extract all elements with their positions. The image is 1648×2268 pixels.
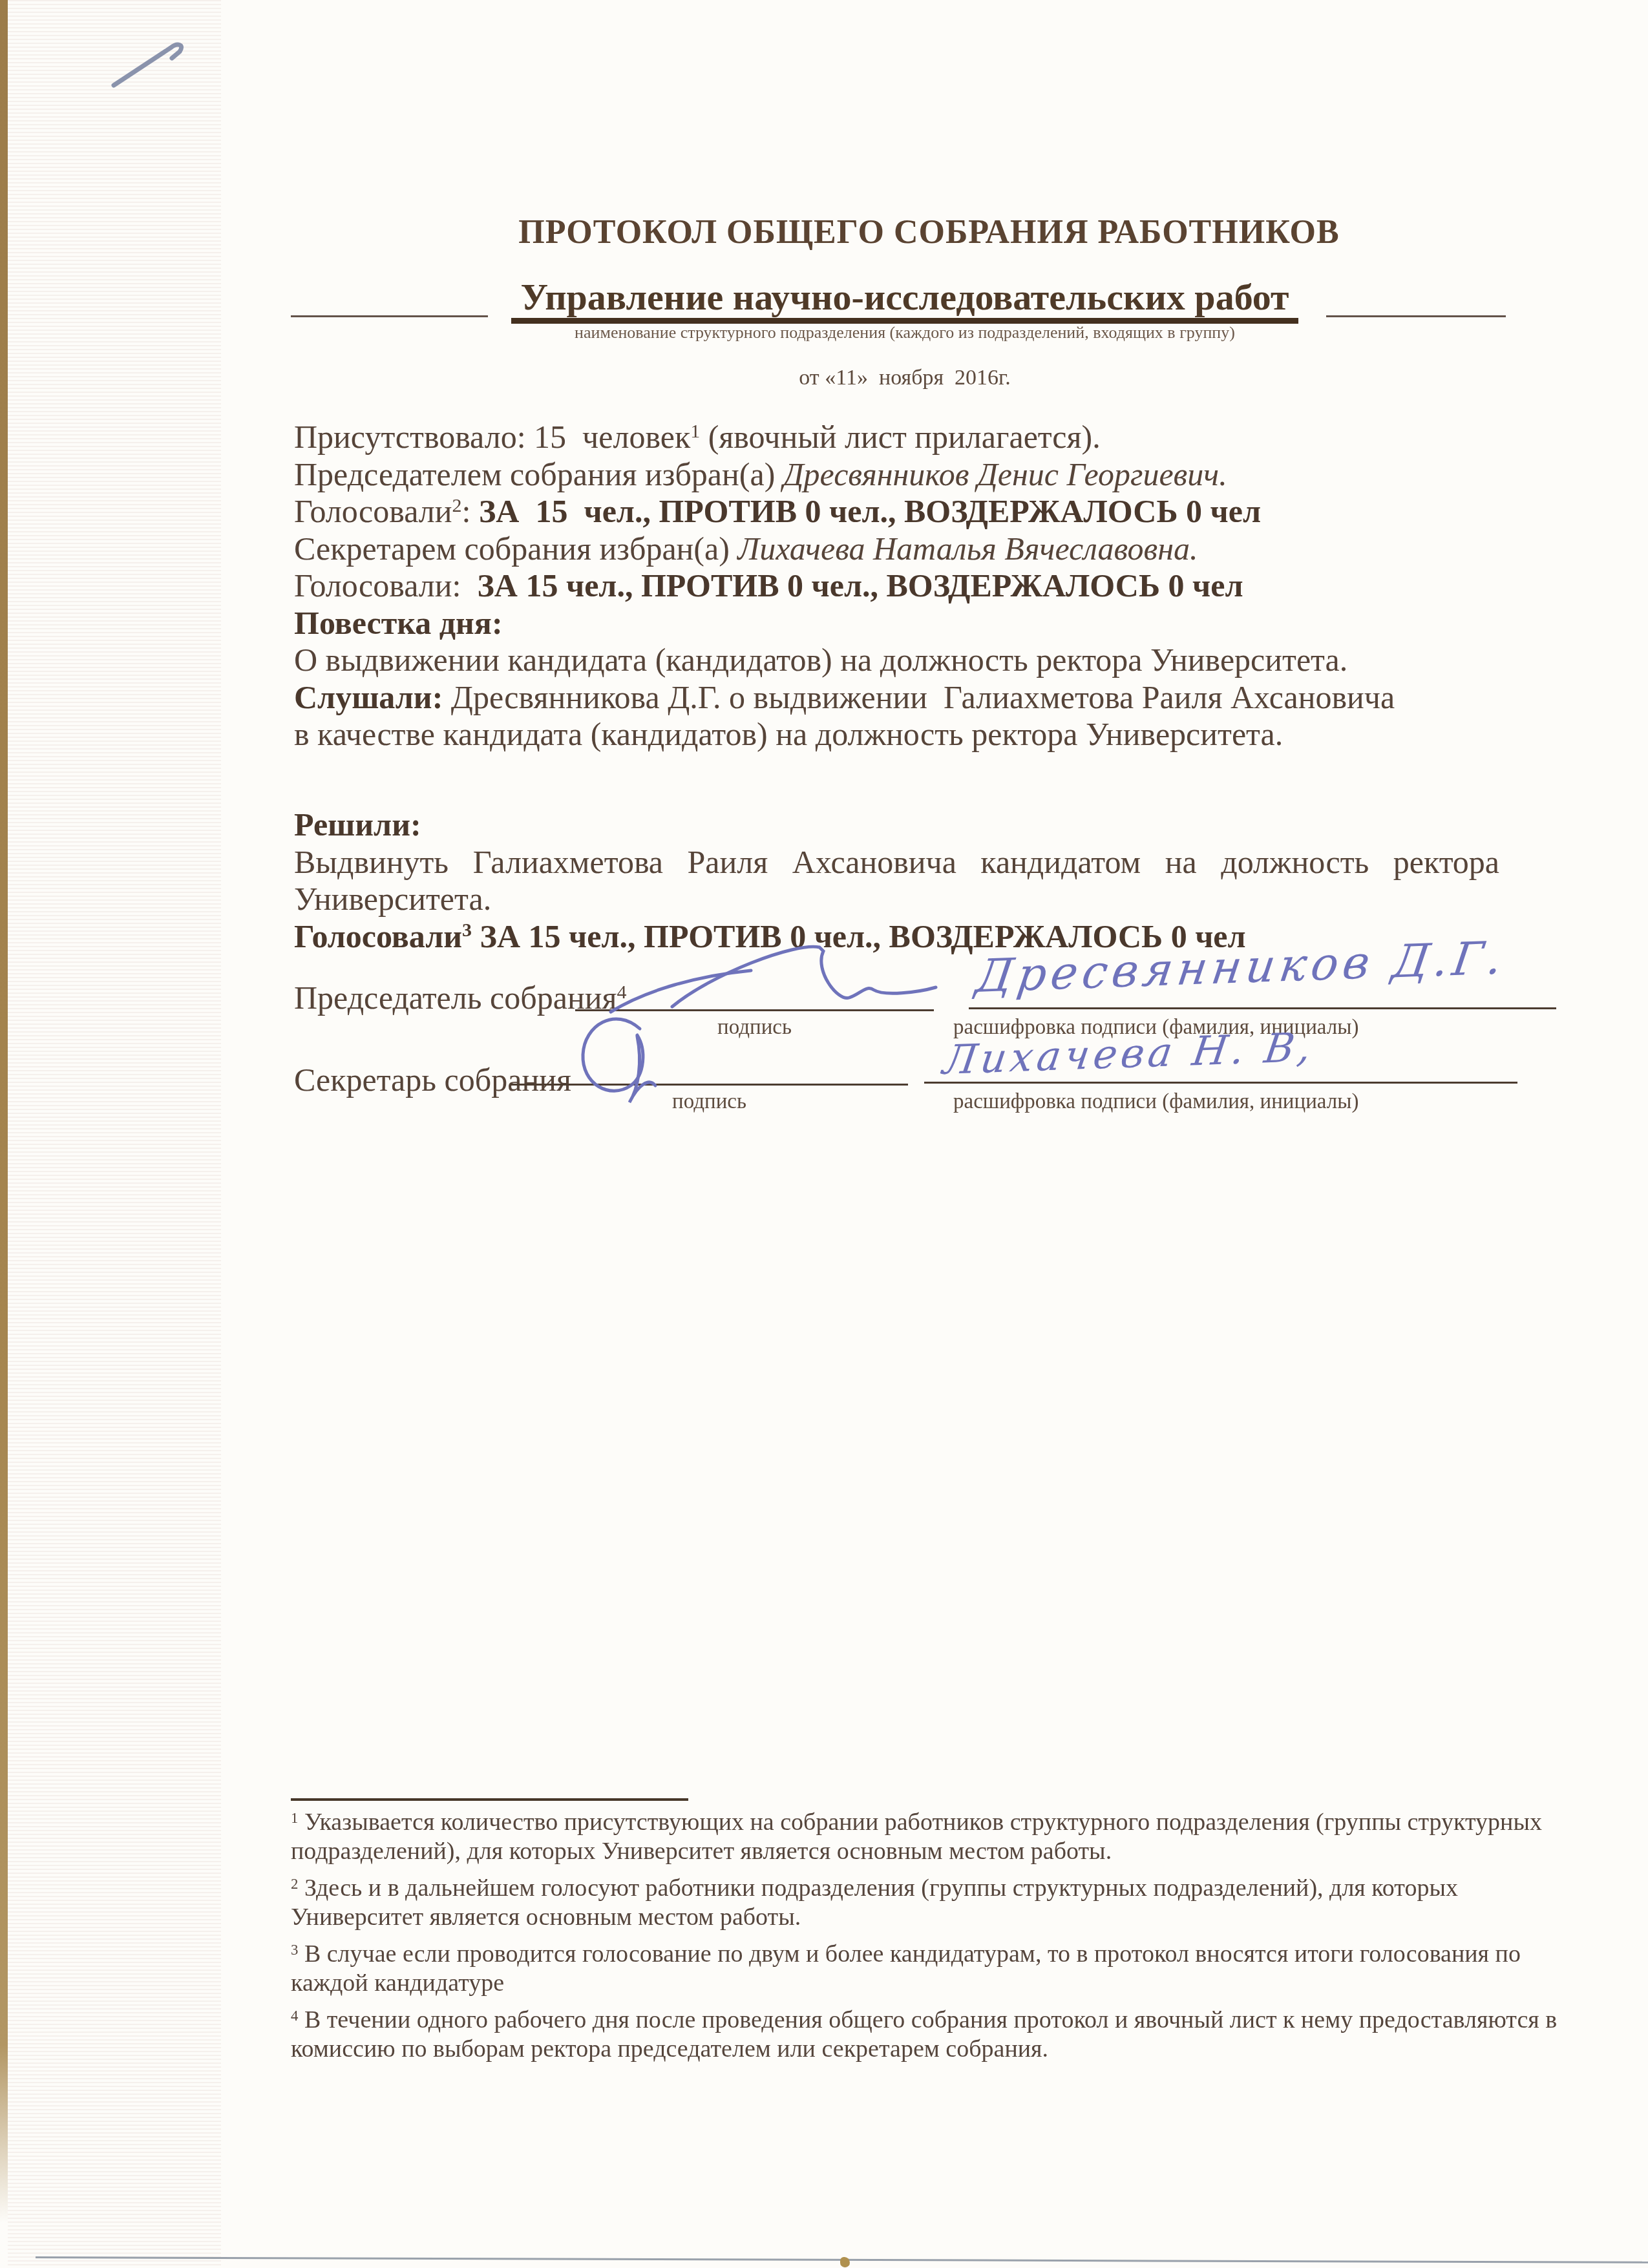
- chairman-elected-line: Председателем собрания избран(а) Дресвян…: [294, 456, 1564, 494]
- footnote-4: 4 В течении одного рабочего дня после пр…: [291, 2006, 1577, 2064]
- chairman-full-name: Дресвянников Денис Георгиевич.: [783, 456, 1227, 492]
- pen-checkmark-icon: [90, 26, 213, 110]
- secretary-elected-line: Секретарем собрания избран(а) Лихачева Н…: [294, 530, 1564, 568]
- department-caption: наименование структурного подразделения …: [452, 323, 1357, 342]
- chairman-name-line: [969, 1007, 1556, 1009]
- agenda-heading: Повестка дня:: [294, 605, 1564, 642]
- footnote-3: 3 В случае если проводится голосование п…: [291, 1940, 1577, 1998]
- name-caption-secretary: расшифровка подписи (фамилия, инициалы): [953, 1090, 1358, 1114]
- document-page: ПРОТОКОЛ ОБЩЕГО СОБРАНИЯ РАБОТНИКОВ Упра…: [0, 0, 1648, 2268]
- footnote-divider: [291, 1798, 688, 1801]
- resolution-line-continued: Университета.: [294, 881, 1564, 918]
- body-text: Присутствовало: 15 человек1 (явочный лис…: [294, 419, 1564, 753]
- footnote-2: 2 Здесь и в дальнейшем голосуют работник…: [291, 1874, 1577, 1932]
- resolution-line: Выдвинуть Галиахметова Раиля Ахсановича …: [294, 844, 1564, 881]
- paper-bottom-stain: [840, 2257, 850, 2267]
- date-line: от «11» ноября 2016г.: [452, 366, 1357, 390]
- document-title: ПРОТОКОЛ ОБЩЕГО СОБРАНИЯ РАБОТНИКОВ: [294, 213, 1564, 251]
- secretary-signature-scrawl: [569, 995, 692, 1115]
- footnote-ref-1: 1: [690, 421, 700, 442]
- footnotes-block: 1 Указывается количество присутствующих …: [291, 1808, 1577, 2072]
- secretary-full-name: Лихачева Наталья Вячеславовна.: [737, 530, 1198, 567]
- footnote-ref-3: 3: [462, 919, 472, 941]
- vote-line-1: Голосовали2: ЗА 15 чел., ПРОТИВ 0 чел., …: [294, 493, 1564, 530]
- secretary-name-line: [924, 1082, 1517, 1084]
- attendance-line: Присутствовало: 15 человек1 (явочный лис…: [294, 419, 1564, 456]
- scan-noise-stripes: [8, 0, 221, 2268]
- agenda-item: О выдвижении кандидата (кандидатов) на д…: [294, 642, 1564, 679]
- footnote-1: 1 Указывается количество присутствующих …: [291, 1808, 1577, 1866]
- heard-line-continued: в качестве кандидата (кандидатов) на дол…: [294, 716, 1564, 753]
- vote-line-2: Голосовали: ЗА 15 чел., ПРОТИВ 0 чел., В…: [294, 567, 1564, 605]
- resolved-heading: Решили:: [294, 806, 1564, 844]
- heard-line: Слушали: Дресвянникова Д.Г. о выдвижении…: [294, 679, 1564, 717]
- footnote-ref-2: 2: [452, 495, 462, 516]
- department-name: Управление научно-исследовательских рабо…: [511, 278, 1298, 324]
